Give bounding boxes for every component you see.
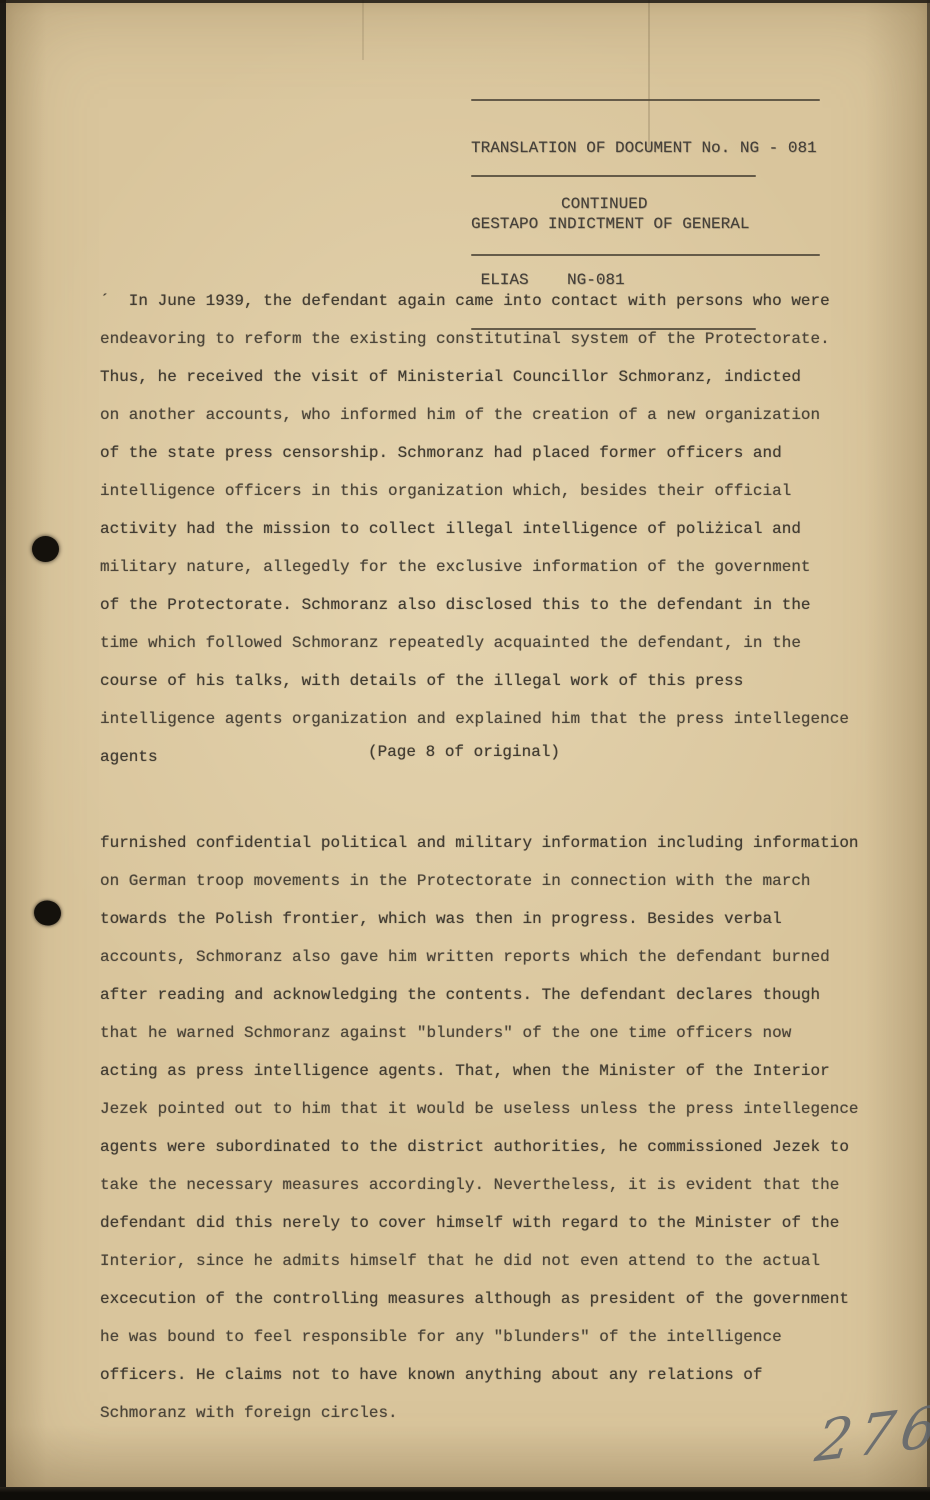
- text-line: activity had the mission to collect ille…: [100, 510, 849, 548]
- document-page: TRANSLATION OF DOCUMENT No. NG - 081 CON…: [0, 0, 930, 1500]
- text-line: officers. He claims not to have known an…: [100, 1356, 859, 1394]
- text-line: towards the Polish frontier, which was t…: [100, 900, 859, 938]
- paper-crease: [648, 0, 650, 150]
- text-line: he was bound to feel responsible for any…: [100, 1318, 859, 1356]
- text-line: endeavoring to reform the existing const…: [100, 320, 849, 358]
- text-line: of the Protectorate. Schmoranz also disc…: [100, 586, 849, 624]
- scan-edge-top: [0, 0, 930, 3]
- text-line: Schmoranz with foreign circles.: [100, 1394, 859, 1432]
- text-line: excecution of the controlling measures a…: [100, 1280, 859, 1318]
- text-line: furnished confidential political and mil…: [100, 824, 859, 862]
- text-line: of the state press censorship. Schmoranz…: [100, 434, 849, 472]
- text-line: ´ In June 1939, the defendant again came…: [100, 282, 849, 320]
- text-line: on German troop movements in the Protect…: [100, 862, 859, 900]
- text-line: accounts, Schmoranz also gave him writte…: [100, 938, 859, 976]
- text-line: Thus, he received the visit of Ministeri…: [100, 358, 849, 396]
- title-rule-top: [471, 175, 756, 177]
- text-line: take the necessary measures accordingly.…: [100, 1166, 859, 1204]
- text-line: acting as press intelligence agents. Tha…: [100, 1052, 859, 1090]
- text-line: on another accounts, who informed him of…: [100, 396, 849, 434]
- text-line: defendant did this nerely to cover himse…: [100, 1204, 859, 1242]
- paragraph-2: furnished confidential political and mil…: [100, 770, 859, 1432]
- text-line: intelligence agents organization and exp…: [100, 700, 849, 738]
- text-line: course of his talks, with details of the…: [100, 662, 849, 700]
- hole-punch-top: [32, 536, 59, 562]
- original-page-marker: (Page 8 of original): [368, 742, 560, 762]
- text-line: military nature, allegedly for the exclu…: [100, 548, 849, 586]
- text-line: time which followed Schmoranz repeatedly…: [100, 624, 849, 662]
- hole-punch-bottom: [32, 898, 63, 927]
- paragraph-1: ´ In June 1939, the defendant again came…: [100, 228, 849, 776]
- stamp-rule-top: [471, 99, 820, 101]
- text-line: Interior, since he admits himself that h…: [100, 1242, 859, 1280]
- text-line: after reading and acknowledging the cont…: [100, 976, 859, 1014]
- text-line: agents were subordinated to the district…: [100, 1128, 859, 1166]
- scan-edge-left: [0, 0, 6, 1500]
- text-line: that he warned Schmoranz against "blunde…: [100, 1014, 859, 1052]
- paper-crease: [362, 0, 364, 60]
- text-line: intelligence officers in this organizati…: [100, 472, 849, 510]
- scan-edge-bottom: [0, 1487, 930, 1500]
- text-line: Jezek pointed out to him that it would b…: [100, 1090, 859, 1128]
